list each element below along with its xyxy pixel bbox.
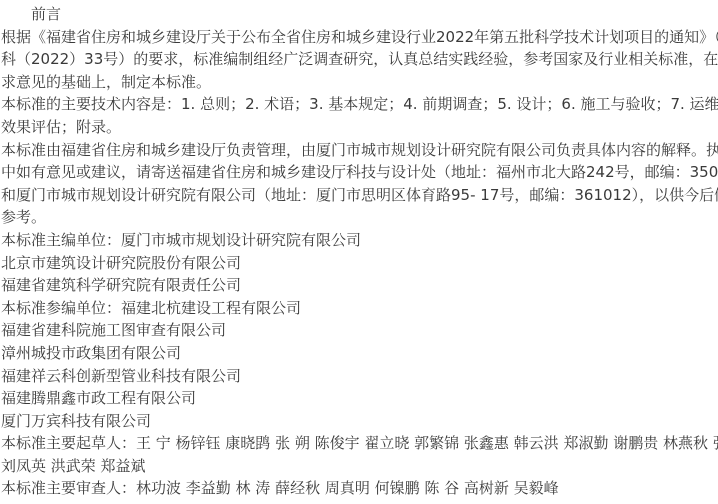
text-line: 福建腾鼎鑫市政工程有限公司 [1,387,718,410]
text-line: 效果评估；附录。 [1,116,718,139]
text-line: 科（2022）33号）的要求，标准编制组经广泛调查研究，认真总结实践经验，参考国… [1,48,718,71]
text-line: 本标准主编单位：厦门市城市规划设计研究院有限公司 [1,229,718,252]
text-line: 福建省建科院施工图审查有限公司 [1,319,718,342]
text-line: 厦门万宾科技有限公司 [1,410,718,433]
text-line: 求意见的基础上，制定本标准。 [1,71,718,94]
text-line: 刘凤英 洪武荣 郑益斌 [1,455,718,478]
text-line: 中如有意见或建议，请寄送福建省住房和城乡建设厅科技与设计处（地址：福州市北大路2… [1,161,718,184]
text-line: 漳州城投市政集团有限公司 [1,342,718,365]
preface-heading: 前言 [1,3,718,26]
text-line: 参考。 [1,206,718,229]
text-line: 北京市建筑设计研究院股份有限公司 [1,252,718,275]
text-line: 福建省建筑科学研究院有限责任公司 [1,274,718,297]
text-line: 福建祥云科创新型管业科技有限公司 [1,365,718,388]
document-page: 前言 根据《福建省住房和城乡建设厅关于公布全省住房和城乡建设行业2022年第五批… [0,0,718,500]
text-line: 本标准主要起草人：王 宁 杨锌钰 康晓鹍 张 朔 陈俊宇 翟立晓 郭繁锦 张鑫惠… [1,432,718,455]
text-line: 本标准参编单位：福建北杭建设工程有限公司 [1,297,718,320]
document-body: 根据《福建省住房和城乡建设厅关于公布全省住房和城乡建设行业2022年第五批科学技… [1,26,718,500]
text-line: 根据《福建省住房和城乡建设厅关于公布全省住房和城乡建设行业2022年第五批科学技… [1,26,718,49]
text-line: 本标准的主要技术内容是：1. 总则；2. 术语；3. 基本规定；4. 前期调查；… [1,93,718,116]
text-line: 和厦门市城市规划设计研究院有限公司（地址：厦门市思明区体育路95- 17号，邮编… [1,184,718,207]
text-line: 本标准由福建省住房和城乡建设厅负责管理，由厦门市城市规划设计研究院有限公司负责具… [1,139,718,162]
text-line: 本标准主要审查人：林功波 李益勤 林 涛 薛经秋 周真明 何镍鹏 陈 谷 高树新… [1,477,718,500]
